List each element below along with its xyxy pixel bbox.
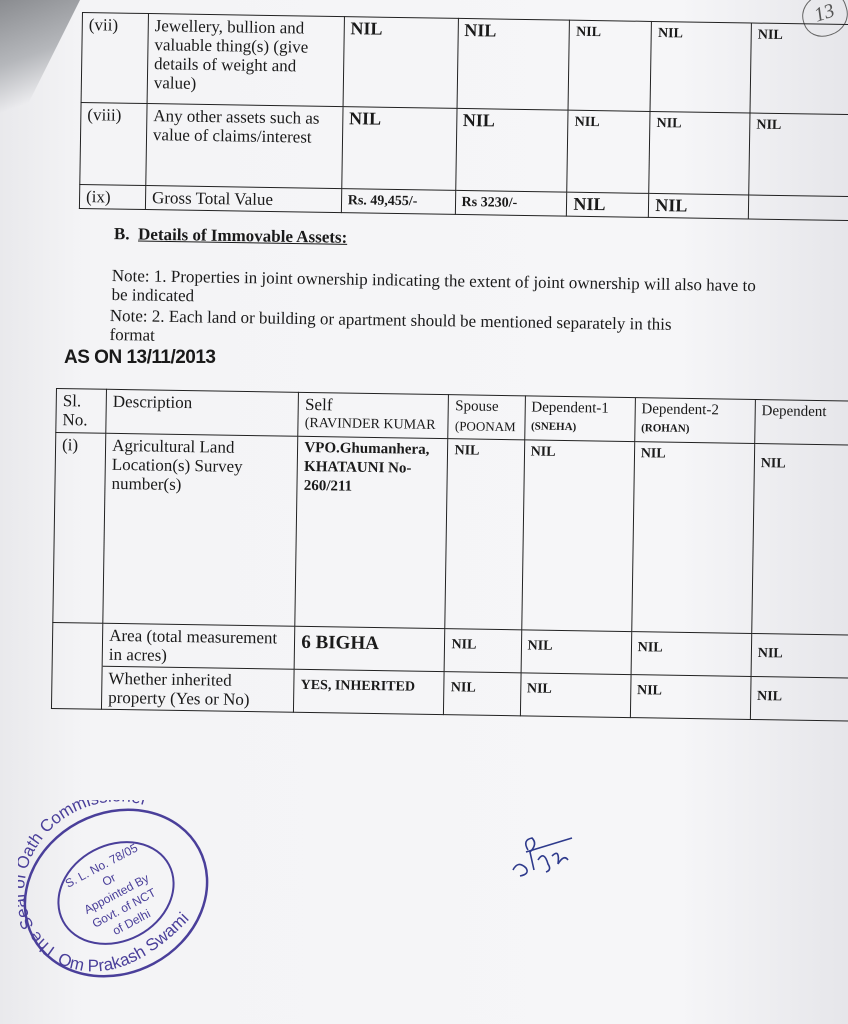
- spouse-value: NIL: [445, 629, 522, 673]
- signature: [508, 830, 578, 880]
- header-dep1-label: Dependent-1: [531, 398, 628, 419]
- dep2-value: NIL: [631, 632, 752, 677]
- header-dep2-name: (ROHAN): [641, 419, 748, 440]
- note-label: Note: 2.: [110, 306, 165, 326]
- self-value: NIL: [341, 107, 456, 191]
- header-dep1-name: (SNEHA): [531, 417, 628, 438]
- description: Whether inherited property (Yes or No): [102, 666, 295, 712]
- header-dep1: Dependent-1(SNEHA): [524, 396, 635, 442]
- document-page: 13 (vii) Jewellery, bullion and valuable…: [0, 0, 848, 1024]
- spouse-value: NIL: [455, 108, 568, 192]
- spouse-value: NIL: [457, 18, 570, 110]
- dep2-value: NIL: [631, 442, 754, 634]
- dep2-value: NIL: [649, 111, 750, 195]
- self-value: NIL: [343, 17, 458, 109]
- dep3-value: [748, 195, 848, 221]
- self-value: VPO.Ghumanhera, KHATAUNI No-260/211: [295, 436, 448, 628]
- sl-no: [51, 665, 102, 709]
- sl-no: (vii): [81, 13, 148, 104]
- sl-no: [52, 622, 103, 666]
- header-self: Self(RAVINDER KUMAR: [298, 392, 449, 438]
- description: Jewellery, bullion and valuable thing(s)…: [147, 14, 344, 107]
- spouse-value: NIL: [445, 439, 524, 630]
- section-prefix: B.: [114, 224, 130, 243]
- table-row: (i) Agricultural Land Location(s) Survey…: [53, 433, 848, 636]
- description: Agricultural Land Location(s) Survey num…: [103, 433, 298, 626]
- header-sl-no: Sl. No.: [56, 389, 107, 434]
- dep1-value: NIL: [520, 673, 631, 718]
- sl-no: (i): [53, 433, 106, 624]
- dep1-value: NIL: [521, 630, 632, 675]
- header-spouse-name: (POONAM: [455, 416, 518, 436]
- table-row: (vii) Jewellery, bullion and valuable th…: [81, 13, 848, 115]
- dep3-value: NIL: [749, 113, 848, 197]
- dep3-value: NIL: [750, 676, 848, 721]
- sl-no: (ix): [79, 184, 145, 209]
- spouse-value: Rs 3230/-: [455, 190, 567, 216]
- header-self-name: (RAVINDER KUMAR: [305, 414, 442, 435]
- dep3-value: NIL: [752, 443, 848, 635]
- immovable-assets-table: Sl. No. Description Self(RAVINDER KUMAR …: [51, 388, 848, 722]
- description: Area (total measurement in acres): [102, 623, 295, 669]
- header-description: Description: [106, 389, 299, 436]
- as-on-date: AS ON 13/11/2013: [64, 347, 216, 369]
- header-spouse: Spouse(POONAM: [448, 395, 525, 440]
- dep1-value: NIL: [568, 20, 651, 111]
- dep2-value: NIL: [649, 193, 749, 219]
- self-value: 6 BIGHA: [294, 626, 445, 671]
- note-text: Each land or building or apartment shoul…: [109, 307, 671, 345]
- self-value: Rs. 49,455/-: [341, 189, 455, 215]
- section-title: Details of Immovable Assets:: [138, 225, 347, 247]
- dep2-value: NIL: [630, 675, 751, 720]
- dep1-value: NIL: [521, 440, 634, 632]
- spouse-value: NIL: [444, 672, 521, 716]
- dep3-value: NIL: [751, 633, 848, 678]
- description: Any other assets such as value of claims…: [146, 104, 343, 189]
- header-dep3: Dependent: [755, 399, 848, 445]
- oath-commissioner-seal: The Seal of Oath Commissioner Om Prakash…: [18, 800, 214, 986]
- self-value: YES, INHERITED: [294, 669, 445, 714]
- section-b-heading: B. Details of Immovable Assets:: [114, 224, 348, 248]
- page-fold-shadow: [0, 0, 80, 160]
- dep3-value: NIL: [750, 23, 848, 115]
- note-label: Note: 1.: [112, 266, 167, 286]
- dep1-value: NIL: [567, 110, 650, 193]
- sl-no: (viii): [80, 102, 147, 185]
- header-dep2: Dependent-2(ROHAN): [634, 398, 755, 444]
- description: Gross Total Value: [145, 186, 341, 213]
- note-text: Properties in joint ownership indicating…: [111, 267, 756, 305]
- movable-assets-table: (vii) Jewellery, bullion and valuable th…: [79, 12, 848, 221]
- header-dep2-label: Dependent-2: [641, 400, 748, 421]
- header-spouse-label: Spouse: [455, 397, 518, 417]
- dep1-value: NIL: [567, 192, 649, 217]
- dep2-value: NIL: [650, 21, 751, 113]
- header-self-label: Self: [305, 395, 442, 416]
- table-row: (viii) Any other assets such as value of…: [80, 102, 848, 196]
